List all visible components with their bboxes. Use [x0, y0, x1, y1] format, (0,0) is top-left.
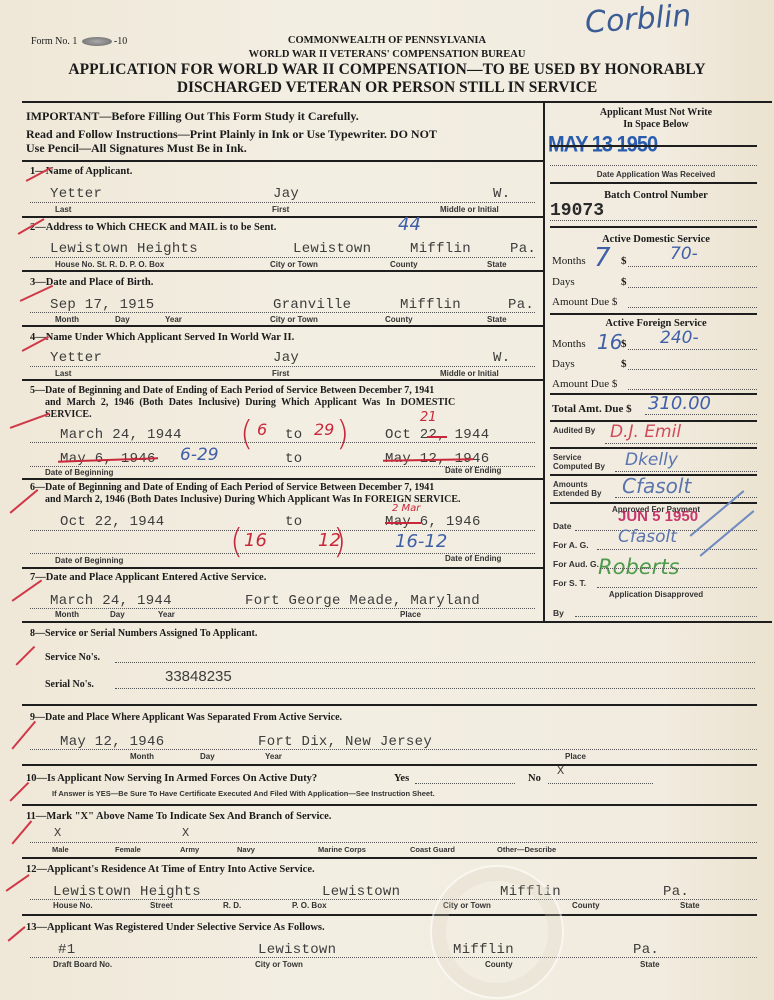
check-mark-q13 [8, 926, 26, 941]
q2-note: 44 [398, 214, 421, 235]
q11-option-label: Army [180, 845, 199, 854]
caption-street: Street [150, 901, 173, 910]
instruction-line-2: Read and Follow Instructions—Print Plain… [26, 127, 437, 142]
q4-line [30, 366, 535, 367]
q11-option-label: Marine Corps [318, 845, 366, 854]
dollar-sign: $ [621, 255, 627, 267]
computed-signature: Dkelly [625, 450, 678, 470]
st-label: For S. T. [553, 578, 586, 588]
q10-label: 10—Is Applicant Now Serving In Armed For… [26, 773, 317, 784]
q10-no-field[interactable] [548, 783, 653, 784]
caption-date-begin: Date of Beginning [55, 556, 123, 565]
check-mark-q6 [10, 489, 39, 513]
caption-first: First [272, 369, 289, 378]
amount-line [628, 389, 757, 390]
divider [22, 270, 543, 272]
q7-place[interactable]: Fort George Meade, Maryland [245, 593, 480, 609]
q2-address[interactable]: Lewistown Heights [50, 241, 198, 257]
amount-line [628, 266, 757, 267]
divider [22, 621, 772, 623]
caption-day: Day [200, 752, 215, 761]
divider [550, 226, 757, 228]
domestic-months-value: 7 [594, 243, 611, 273]
q5-row1-end-correction: 21 [420, 410, 437, 425]
q3-line [30, 312, 535, 313]
audited-label: Audited By [553, 426, 603, 435]
open-paren: ( [230, 522, 243, 562]
q10-no-mark[interactable]: X [557, 764, 565, 778]
q3-birth-city[interactable]: Granville [273, 297, 351, 313]
check-mark-q8 [15, 646, 34, 665]
q10-yes-field[interactable] [415, 783, 515, 784]
amount-line [628, 349, 757, 350]
foreign-months-amount: 240- [660, 328, 699, 348]
q11-option-label: Navy [237, 845, 255, 854]
q5-blue-total: 6-29 [180, 445, 219, 465]
caption-year: Year [158, 610, 175, 619]
caption-year: Year [165, 315, 182, 324]
caption-day: Day [110, 610, 125, 619]
check-mark-q11 [11, 820, 31, 844]
received-caption: Date Application Was Received [545, 170, 767, 179]
q6-end-correction: 2 Mar [392, 503, 420, 514]
batch-line [550, 220, 757, 221]
amount-line [628, 369, 757, 370]
caption-board: Draft Board No. [53, 960, 112, 969]
caption-first: First [272, 205, 289, 214]
q11-option-label: Female [115, 845, 141, 854]
q12-label: 12—Applicant's Residence At Time of Entr… [26, 864, 315, 875]
divider [550, 145, 757, 147]
foreign-months-label: Months [552, 338, 586, 350]
q9-place[interactable]: Fort Dix, New Jersey [258, 734, 432, 750]
q5-red-days: 29 [314, 420, 334, 439]
q13-city[interactable]: Lewistown [258, 942, 336, 958]
caption-last: Last [55, 205, 71, 214]
q1-label: 1—Name of Applicant. [30, 166, 132, 177]
divider [22, 914, 757, 916]
q3-birth-state[interactable]: Pa. [508, 297, 534, 313]
ag-label: For A. G. [553, 540, 589, 550]
office-heading-1: Applicant Must Not Write [545, 107, 767, 118]
caption-city: City or Town [255, 960, 303, 969]
open-paren: ( [240, 414, 253, 454]
caption-place: Place [565, 752, 586, 761]
title-line-2: DISCHARGED VETERAN OR PERSON STILL IN SE… [0, 79, 774, 97]
domestic-heading: Active Domestic Service [545, 234, 767, 245]
q10-note: If Answer is YES—Be Sure To Have Certifi… [52, 789, 435, 798]
q12-line [30, 899, 757, 900]
q1-last-name[interactable]: Yetter [50, 186, 102, 202]
caption-pobox: P. O. Box [292, 901, 327, 910]
extended-label: Amounts Extended By [553, 480, 613, 498]
aud-g-label: For Aud. G. [553, 559, 599, 569]
signature-line [597, 549, 757, 550]
dollar-sign: $ [621, 358, 627, 370]
signature-line [597, 587, 757, 588]
domestic-months-amount: 70- [670, 244, 698, 264]
q7-date[interactable]: March 24, 1944 [50, 593, 172, 609]
instruction-line-3: Use Pencil—All Signatures Must Be in Ink… [26, 141, 247, 156]
divider [22, 704, 757, 706]
ag-signature: Cfasolt [618, 527, 677, 547]
q2-label: 2—Address to Which CHECK and MAIL is to … [30, 222, 276, 233]
caption-state: State [680, 901, 700, 910]
q5-label-3: SERVICE. [45, 409, 92, 420]
q11-mark[interactable]: X [182, 826, 190, 840]
q12-city[interactable]: Lewistown [322, 884, 400, 900]
dollar-sign: $ [621, 276, 627, 288]
computed-label: Service Computed By [553, 453, 613, 471]
q11-option-label: Coast Guard [410, 845, 455, 854]
divider [550, 182, 757, 184]
q5-row1-to: to [285, 427, 302, 443]
document-page: Form No. 1 -10 COMMONWEALTH OF PENNSYLVA… [0, 0, 774, 1000]
caption-day: Day [115, 315, 130, 324]
q5-label-1: 5—Date of Beginning and Date of Ending o… [30, 385, 434, 396]
divider [550, 313, 757, 315]
embossed-seal [430, 865, 564, 999]
check-mark-q5 [10, 413, 50, 429]
bureau-heading: WORLD WAR II VETERANS' COMPENSATION BURE… [0, 49, 774, 60]
q13-board[interactable]: #1 [58, 942, 75, 958]
divider [22, 567, 543, 569]
signature-line [575, 616, 757, 617]
q5-line-1 [30, 442, 535, 443]
check-mark-q10 [9, 782, 28, 801]
domestic-days-label: Days [552, 276, 575, 288]
amount-line [628, 307, 757, 308]
q12-street[interactable]: Lewistown Heights [53, 884, 201, 900]
check-mark-q9 [11, 721, 35, 750]
batch-label: Batch Control Number [545, 190, 767, 201]
caption-middle: Middle or Initial [440, 205, 499, 214]
signature-line [605, 443, 757, 444]
strikethrough [427, 436, 447, 438]
received-line [550, 165, 757, 166]
domestic-months-label: Months [552, 255, 586, 267]
q4-last-name[interactable]: Yetter [50, 350, 102, 366]
caption-address: House No. St. R. D. P. O. Box [55, 260, 164, 269]
q6-begin[interactable]: Oct 22, 1944 [60, 514, 164, 530]
q11-option-label: Male [52, 845, 69, 854]
check-mark-q12 [6, 874, 30, 891]
service-no-label: Service No's. [45, 652, 100, 663]
caption-place: Place [400, 610, 421, 619]
caption-state: State [640, 960, 660, 969]
q4-first-name[interactable]: Jay [273, 350, 299, 366]
office-column-divider [543, 101, 545, 621]
serial-no-label: Serial No's. [45, 679, 94, 690]
divider [22, 804, 757, 806]
caption-middle: Middle or Initial [440, 369, 499, 378]
disapproved-heading: Application Disapproved [545, 590, 767, 599]
q2-county[interactable]: Mifflin [410, 241, 471, 257]
instruction-line-1: IMPORTANT—Before Filling Out This Form S… [26, 109, 359, 124]
caption-city: City or Town [270, 260, 318, 269]
close-paren: ) [336, 414, 349, 454]
q9-date[interactable]: May 12, 1946 [60, 734, 164, 750]
caption-county: County [572, 901, 600, 910]
caption-date-begin: Date of Beginning [45, 468, 113, 477]
q6-blue-total: 16-12 [395, 531, 447, 552]
q4-middle-initial[interactable]: W. [493, 350, 510, 366]
foreign-heading: Active Foreign Service [545, 318, 767, 329]
divider [22, 857, 757, 859]
q13-line [30, 957, 757, 958]
q2-line [30, 257, 535, 258]
q9-label: 9—Date and Place Where Applicant Was Sep… [30, 712, 342, 723]
q2-state[interactable]: Pa. [510, 241, 536, 257]
q8-label: 8—Service or Serial Numbers Assigned To … [30, 628, 257, 639]
strikethrough [385, 522, 421, 524]
q9-line [30, 749, 757, 750]
q6-red-months: 16 [244, 530, 267, 551]
q10-no-label: No [528, 773, 541, 784]
title-line-1: APPLICATION FOR WORLD WAR II COMPENSATIO… [0, 61, 774, 79]
batch-number: 19073 [550, 201, 604, 221]
q7-line [30, 608, 535, 609]
caption-month: Month [130, 752, 154, 761]
date-label: Date [553, 521, 571, 531]
divider [22, 764, 757, 766]
serial-no-value[interactable]: 33848235 [165, 668, 232, 685]
caption-house: House No. [53, 901, 93, 910]
q5-red-months: 6 [257, 420, 267, 439]
q12-state[interactable]: Pa. [663, 884, 689, 900]
caption-rd: R. D. [223, 901, 241, 910]
dollar-sign: $ [621, 338, 627, 350]
q10-yes-label: Yes [394, 773, 409, 784]
q1-line [30, 202, 535, 203]
amount-line [628, 287, 757, 288]
q1-middle-initial[interactable]: W. [493, 186, 510, 202]
amount-line [645, 414, 757, 415]
aud-g-signature: Roberts [598, 555, 680, 579]
foreign-days-label: Days [552, 358, 575, 370]
caption-state: State [487, 260, 507, 269]
q11-label: 11—Mark "X" Above Name To Indicate Sex A… [26, 811, 331, 822]
signature-line [600, 568, 757, 569]
caption-state: State [487, 315, 507, 324]
signature-line [615, 471, 757, 472]
service-no-line [115, 662, 755, 663]
close-paren: ) [333, 522, 346, 562]
q3-birth-date[interactable]: Sep 17, 1915 [50, 297, 154, 313]
total-label: Total Amt. Due $ [552, 403, 632, 415]
q5-row2-to: to [285, 451, 302, 467]
approved-date-stamp: JUN 5 1950 [618, 508, 698, 525]
total-amount: 310.00 [648, 393, 711, 414]
q11-option-label: Other—Describe [497, 845, 556, 854]
check-mark-q7 [12, 579, 42, 601]
q4-label: 4—Name Under Which Applicant Served In W… [30, 332, 294, 343]
audited-signature: D.J. Emil [610, 422, 681, 442]
q2-city[interactable]: Lewistown [293, 241, 371, 257]
domestic-amount-due-label: Amount Due $ [552, 296, 617, 308]
divider [22, 478, 543, 480]
q11-line [30, 842, 757, 843]
q6-label-1: 6—Date of Beginning and Date of Ending o… [30, 482, 434, 493]
divider [22, 379, 543, 381]
caption-month: Month [55, 610, 79, 619]
foreign-months-value: 16 [597, 330, 622, 354]
foreign-amount-due-label: Amount Due $ [552, 378, 617, 390]
commonwealth-heading: COMMONWEALTH OF PENNSYLVANIA [0, 35, 774, 46]
by-label: By [553, 608, 564, 618]
divider [22, 325, 543, 327]
serial-no-line [115, 688, 755, 689]
caption-city: City or Town [270, 315, 318, 324]
divider [550, 447, 757, 449]
top-border [22, 101, 772, 103]
q13-state[interactable]: Pa. [633, 942, 659, 958]
extended-signature: Cfasolt [622, 474, 691, 498]
q5-row1-end[interactable]: Oct 22, 1944 [385, 427, 489, 443]
q11-mark[interactable]: X [54, 826, 62, 840]
q13-label: 13—Applicant Was Registered Under Select… [26, 922, 325, 933]
q5-row1-begin[interactable]: March 24, 1944 [60, 427, 182, 443]
q5-label-2: and March 2, 1946 (Both Dates Inclusive)… [45, 397, 455, 408]
caption-last: Last [55, 369, 71, 378]
caption-county: County [390, 260, 418, 269]
q6-line-1 [30, 530, 535, 531]
caption-month: Month [55, 315, 79, 324]
caption-date-end: Date of Ending [445, 466, 501, 475]
divider [22, 160, 543, 162]
q6-to: to [285, 514, 302, 530]
office-heading-2: In Space Below [545, 119, 767, 130]
q3-birth-county[interactable]: Mifflin [400, 297, 461, 313]
caption-county: County [385, 315, 413, 324]
divider [22, 216, 543, 218]
q7-label: 7—Date and Place Applicant Entered Activ… [30, 572, 266, 583]
caption-date-end: Date of Ending [445, 554, 501, 563]
q1-first-name[interactable]: Jay [273, 186, 299, 202]
caption-year: Year [265, 752, 282, 761]
